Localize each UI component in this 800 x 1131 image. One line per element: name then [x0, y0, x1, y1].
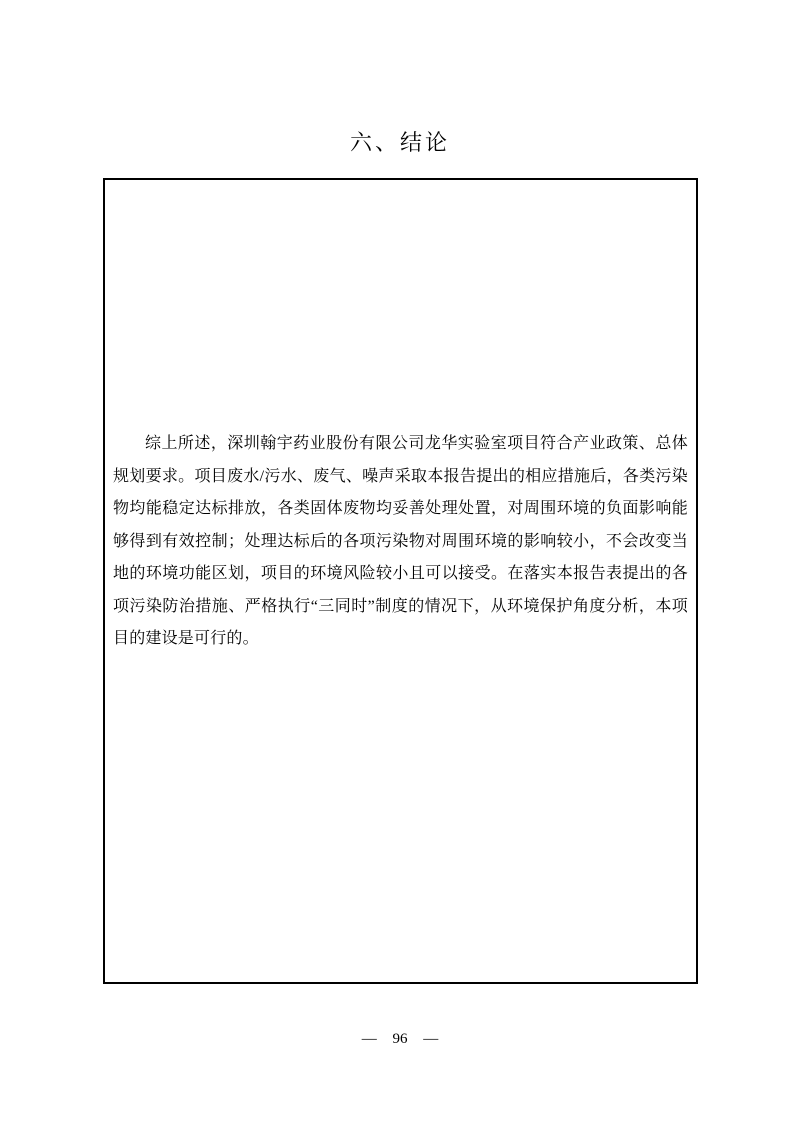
- document-page: 六、结论 综上所述，深圳翰宇药业股份有限公司龙华实验室项目符合产业政策、总体规划…: [0, 0, 800, 1131]
- page-number: — 96 —: [0, 1031, 800, 1048]
- content-box: 综上所述，深圳翰宇药业股份有限公司龙华实验室项目符合产业政策、总体规划要求。项目…: [103, 178, 698, 984]
- section-title: 六、结论: [0, 126, 800, 157]
- conclusion-paragraph: 综上所述，深圳翰宇药业股份有限公司龙华实验室项目符合产业政策、总体规划要求。项目…: [113, 428, 688, 656]
